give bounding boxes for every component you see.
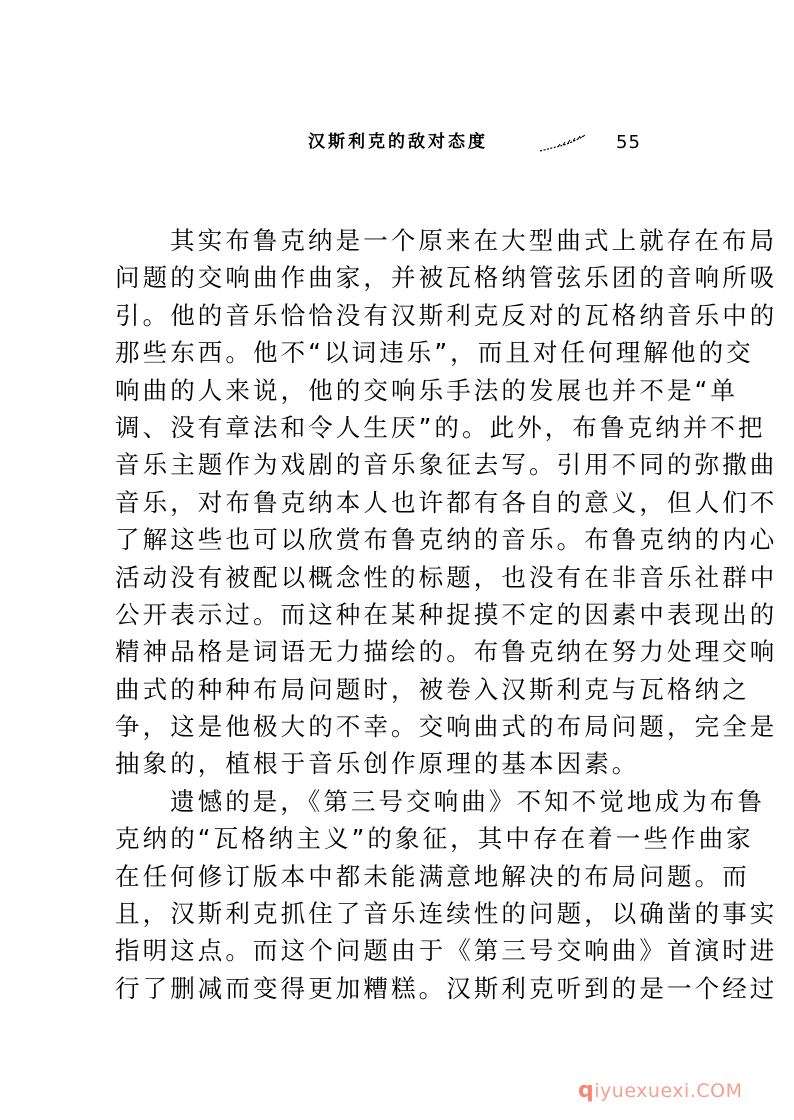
running-title: 汉斯利克的敌对态度: [308, 130, 488, 154]
text-line: 遗憾的是，《第三号交响曲》不知不觉地成为布鲁: [115, 783, 675, 820]
text-line: 响曲的人来说，他的交响乐手法的发展也并不是“单: [115, 372, 675, 409]
text-line: 行了删减而变得更加糟糕。汉斯利克听到的是一个经过: [115, 970, 675, 1007]
watermark-text: iyuexuexi.COM: [594, 1080, 742, 1102]
text-line: 争，这是他极大的不幸。交响曲式的布局问题，完全是: [115, 708, 675, 745]
text-line: 抽象的，植根于音乐创作原理的基本因素。: [115, 745, 675, 782]
text-line: 精神品格是词语无力描绘的。布鲁克纳在努力处理交响: [115, 633, 675, 670]
body-text: 其实布鲁克纳是一个原来在大型曲式上就存在布局 问题的交响曲作曲家，并被瓦格纳管弦…: [115, 222, 675, 1007]
text-line: 那些东西。他不“以词违乐”，而且对任何理解他的交: [115, 334, 675, 371]
page-number: 55: [616, 131, 641, 155]
text-line: 其实布鲁克纳是一个原来在大型曲式上就存在布局: [115, 222, 675, 259]
paragraph-2: 遗憾的是，《第三号交响曲》不知不觉地成为布鲁 克纳的“瓦格纳主义”的象征，其中存…: [115, 783, 675, 1007]
text-line: 调、没有章法和令人生厌”的。此外，布鲁克纳并不把: [115, 409, 675, 446]
text-line: 且，汉斯利克抓住了音乐连续性的问题，以确凿的事实: [115, 895, 675, 932]
running-header: 汉斯利克的敌对态度 55: [308, 130, 648, 158]
text-line: 在任何修订版本中都未能满意地解决的布局问题。而: [115, 858, 675, 895]
watermark: qiyuexuexi.COM: [578, 1078, 743, 1103]
text-line: 引。他的音乐恰恰没有汉斯利克反对的瓦格纳音乐中的: [115, 297, 675, 334]
paragraph-1: 其实布鲁克纳是一个原来在大型曲式上就存在布局 问题的交响曲作曲家，并被瓦格纳管弦…: [115, 222, 675, 783]
text-line: 音乐主题作为戏剧的音乐象征去写。引用不同的弥撒曲: [115, 446, 675, 483]
text-line: 音乐，对布鲁克纳本人也许都有各自的意义，但人们不: [115, 484, 675, 521]
watermark-prefix: q: [578, 1078, 594, 1103]
text-line: 克纳的“瓦格纳主义”的象征，其中存在着一些作曲家: [115, 820, 675, 857]
text-line: 问题的交响曲作曲家，并被瓦格纳管弦乐团的音响所吸: [115, 259, 675, 296]
text-line: 公开表示过。而这种在某种捉摸不定的因素中表现出的: [115, 596, 675, 633]
text-line: 曲式的种种布局问题时，被卷入汉斯利克与瓦格纳之: [115, 671, 675, 708]
text-line: 了解这些也可以欣赏布鲁克纳的音乐。布鲁克纳的内心: [115, 521, 675, 558]
flourish-ornament-icon: [538, 134, 590, 154]
text-line: 活动没有被配以概念性的标题，也没有在非音乐社群中: [115, 559, 675, 596]
text-line: 指明这点。而这个问题由于《第三号交响曲》首演时进: [115, 932, 675, 969]
